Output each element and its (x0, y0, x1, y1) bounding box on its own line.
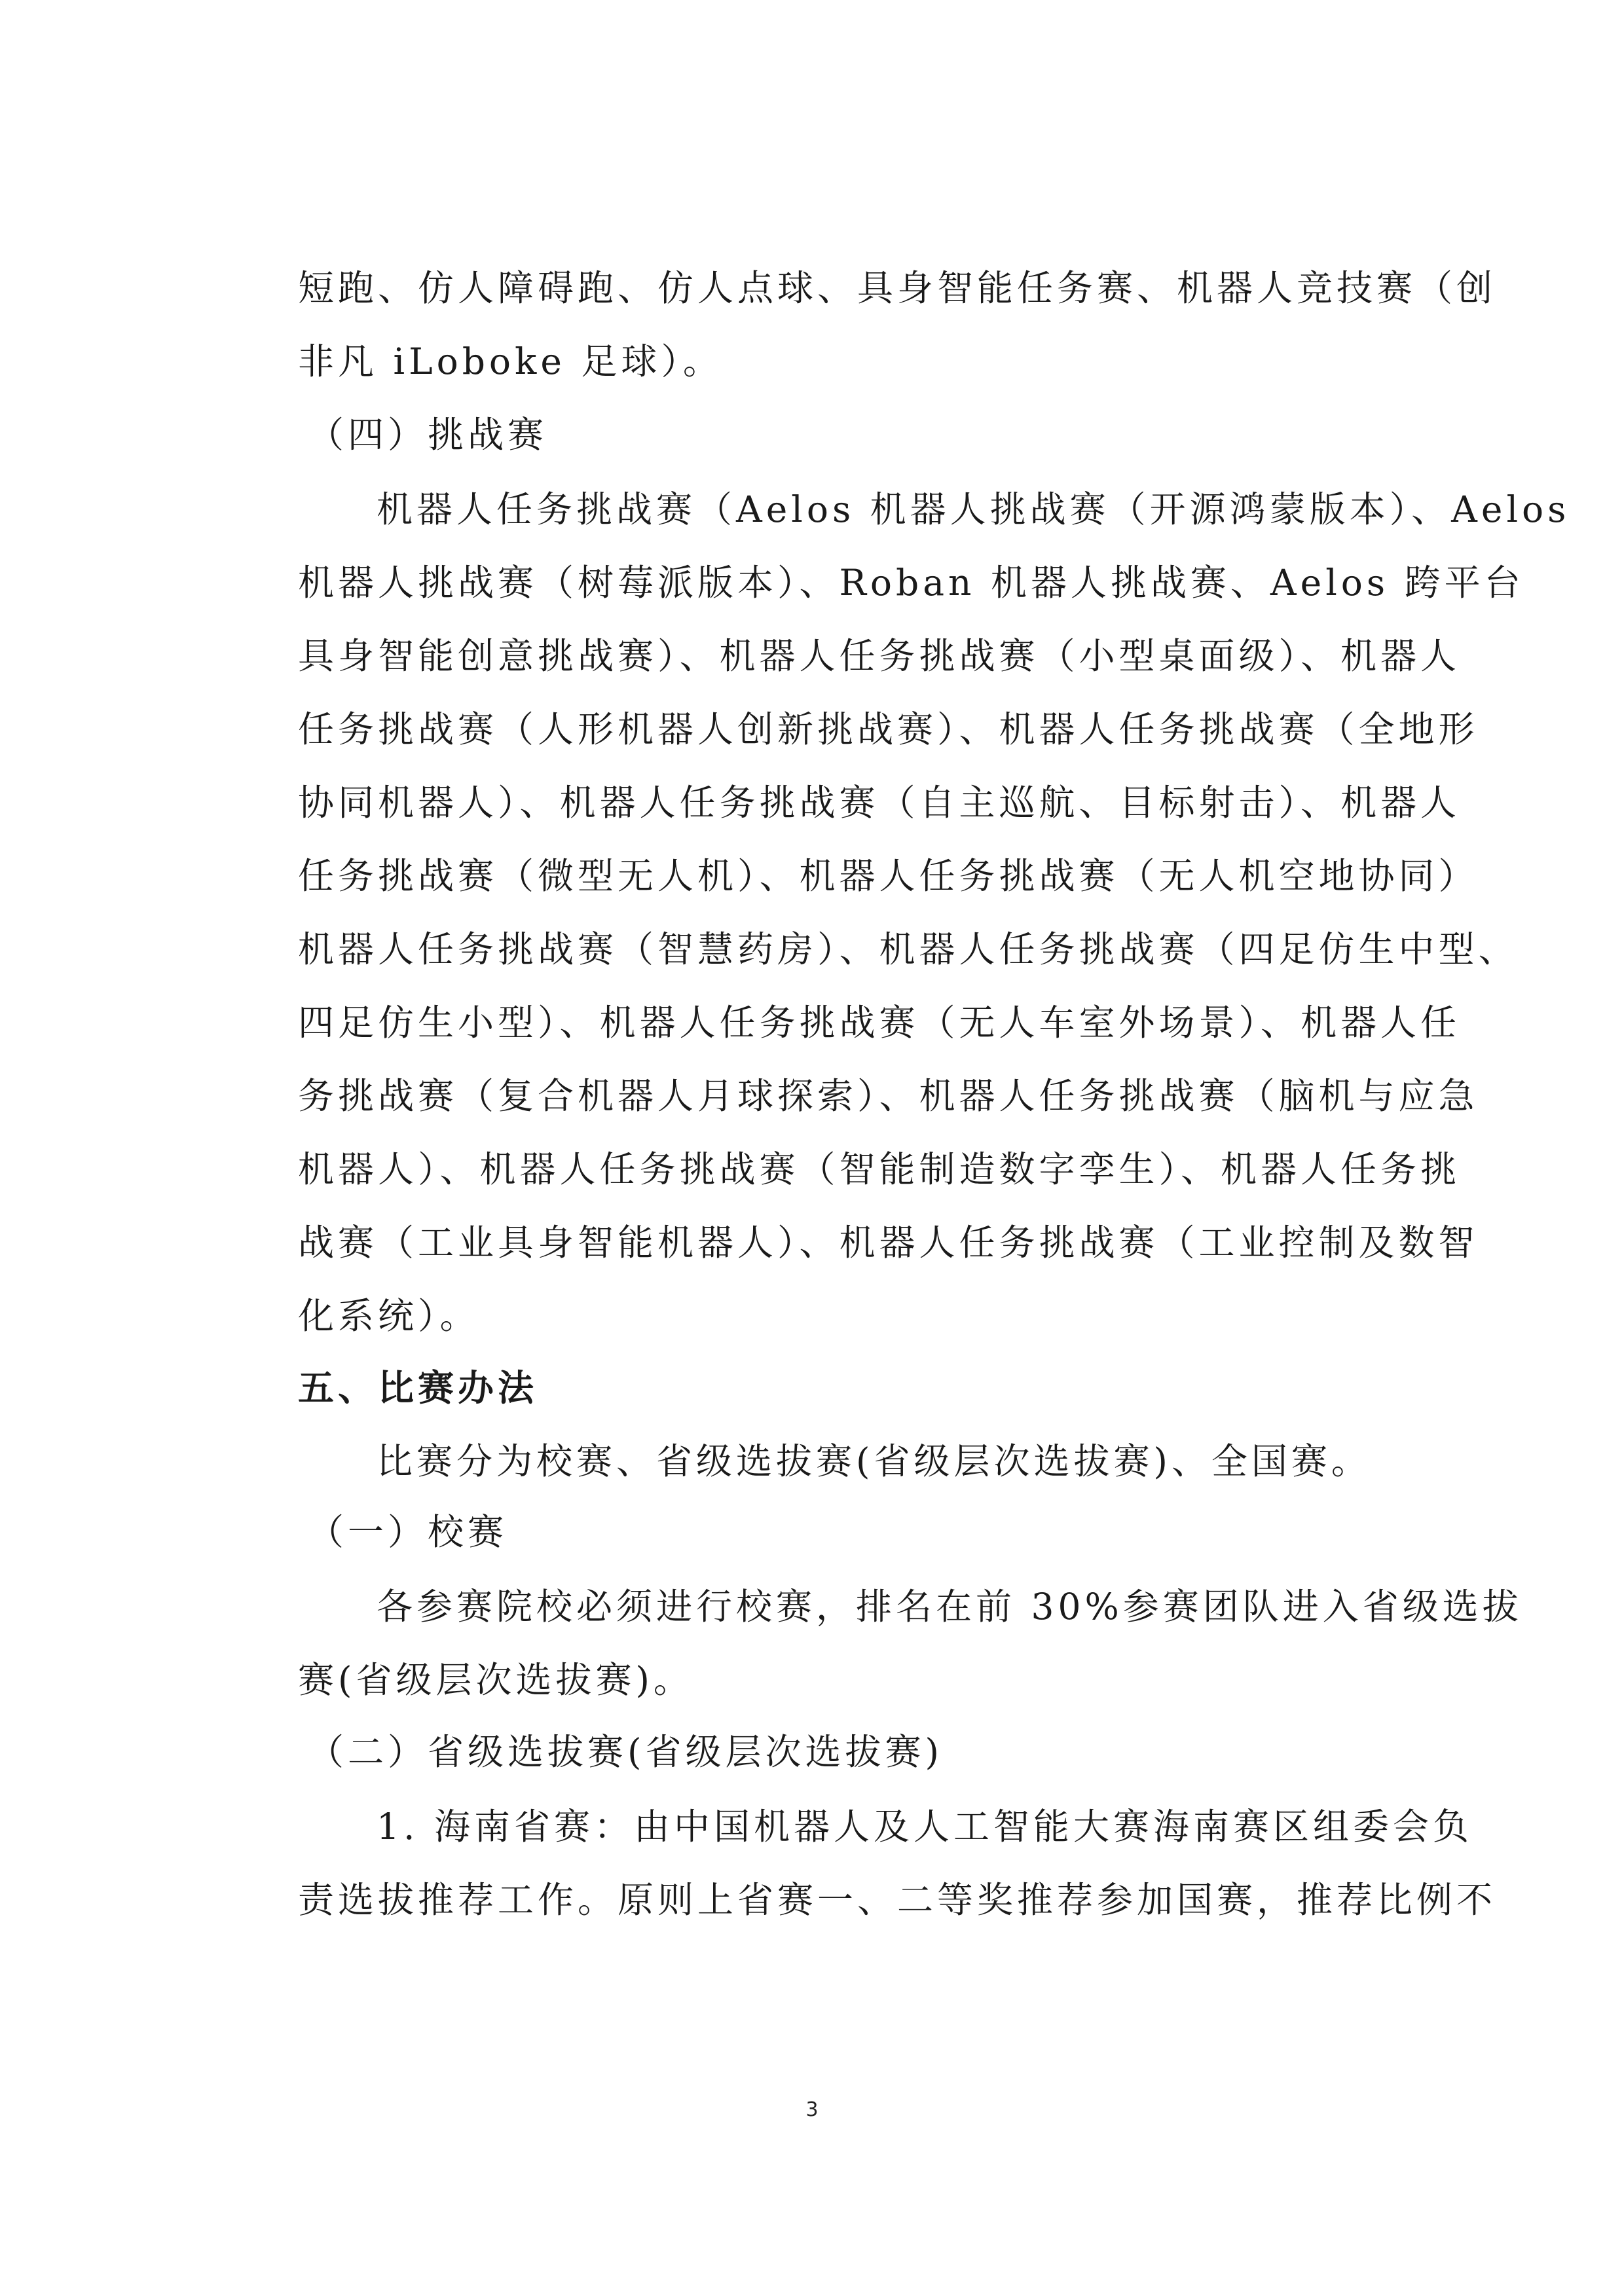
document-page: 短跑、仿人障碍跑、仿人点球、具身智能任务赛、机器人竞技赛（创 非凡 iLobok… (0, 0, 1624, 2296)
body-text-line: 务挑战赛（复合机器人月球探索）、机器人任务挑战赛（脑机与应急 (298, 1070, 1372, 1122)
body-text-line: 短跑、仿人障碍跑、仿人点球、具身智能任务赛、机器人竞技赛（创 (298, 262, 1372, 314)
paragraph-first-line: 各参赛院校必须进行校赛，排名在前 30%参赛团队进入省级选拔 (377, 1580, 1372, 1633)
section-subheading-provincial: （二）省级选拔赛(省级层次选拔赛) (308, 1726, 1382, 1778)
body-text-line: 机器人）、机器人任务挑战赛（智能制造数字孪生）、机器人任务挑 (298, 1143, 1372, 1195)
section-heading-competition-method: 五、比赛办法 (298, 1362, 1372, 1414)
body-text-line: 四足仿生小型）、机器人任务挑战赛（无人车室外场景）、机器人任 (298, 996, 1372, 1049)
paragraph-first-line: 1. 海南省赛：由中国机器人及人工智能大赛海南赛区组委会负 (377, 1800, 1372, 1853)
section-subheading-school: （一）校赛 (308, 1506, 1382, 1558)
body-text-line: 化系统）。 (298, 1290, 1372, 1342)
body-text-line: 任务挑战赛（人形机器人创新挑战赛）、机器人任务挑战赛（全地形 (298, 703, 1372, 756)
paragraph-first-line: 比赛分为校赛、省级选拔赛(省级层次选拔赛)、全国赛。 (377, 1435, 1372, 1487)
section-subheading-challenge: （四）挑战赛 (308, 409, 1382, 461)
body-text-line: 非凡 iLoboke 足球）。 (298, 335, 1372, 388)
body-text-line: 责选拔推荐工作。原则上省赛一、二等奖推荐参加国赛，推荐比例不 (298, 1874, 1372, 1926)
body-text-line: 具身智能创意挑战赛）、机器人任务挑战赛（小型桌面级）、机器人 (298, 630, 1372, 682)
body-text-line: 任务挑战赛（微型无人机）、机器人任务挑战赛（无人机空地协同） (298, 850, 1372, 902)
body-text-line: 机器人任务挑战赛（智慧药房）、机器人任务挑战赛（四足仿生中型、 (298, 923, 1372, 975)
paragraph-first-line: 机器人任务挑战赛（Aelos 机器人挑战赛（开源鸿蒙版本）、Aelos (377, 483, 1372, 536)
body-text-line: 战赛（工业具身智能机器人）、机器人任务挑战赛（工业控制及数智 (298, 1216, 1372, 1269)
body-text-line: 协同机器人）、机器人任务挑战赛（自主巡航、目标射击）、机器人 (298, 776, 1372, 829)
body-text-line: 赛(省级层次选拔赛)。 (298, 1654, 1372, 1706)
page-number: 3 (0, 2098, 1624, 2121)
body-text-line: 机器人挑战赛（树莓派版本）、Roban 机器人挑战赛、Aelos 跨平台 (298, 556, 1372, 609)
